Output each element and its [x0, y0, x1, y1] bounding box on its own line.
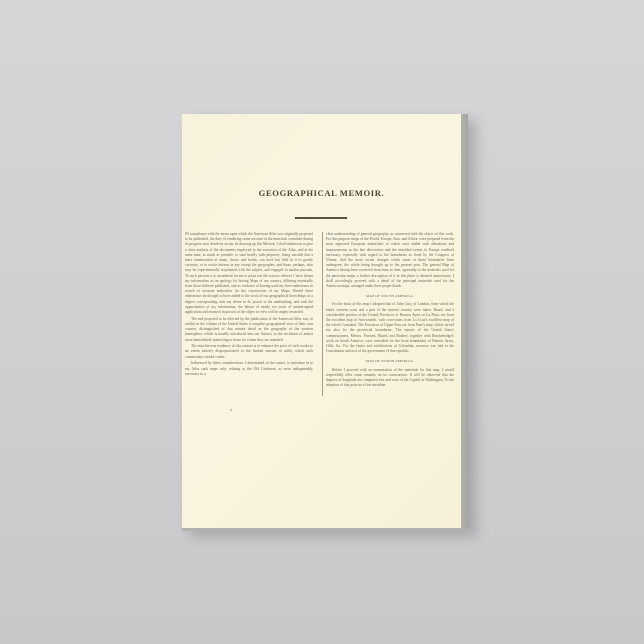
- paragraph: clear understanding of general geography…: [326, 232, 454, 289]
- column-divider: [322, 232, 323, 396]
- left-column: IN compliance with the terms upon which …: [185, 232, 313, 378]
- canvas-bottom-edge: [182, 528, 468, 531]
- section-heading-north-america: MAP OF NORTH AMERICA.: [326, 359, 454, 364]
- paragraph: The end proposed to be effected by the p…: [185, 317, 313, 343]
- paragraph: IN compliance with the terms upon which …: [185, 232, 313, 315]
- paragraph: The mischievous tendency of this custom …: [185, 344, 313, 360]
- title-rule: [295, 217, 347, 219]
- document-title: GEOGRAPHICAL MEMOIR.: [182, 188, 461, 198]
- canvas-side-edge: [461, 114, 468, 531]
- section-heading-south-america: MAP OF SOUTH AMERICA.: [326, 294, 454, 299]
- right-column: clear understanding of general geography…: [326, 232, 454, 390]
- paragraph: Influenced by these considerations, I de…: [185, 361, 313, 377]
- paragraph: For the basis of this map I adopted that…: [326, 302, 454, 354]
- canvas-print: GEOGRAPHICAL MEMOIR. IN compliance with …: [182, 114, 461, 528]
- paragraph: Before I proceed with an enumeration of …: [326, 368, 454, 389]
- folio-mark: a: [230, 407, 232, 412]
